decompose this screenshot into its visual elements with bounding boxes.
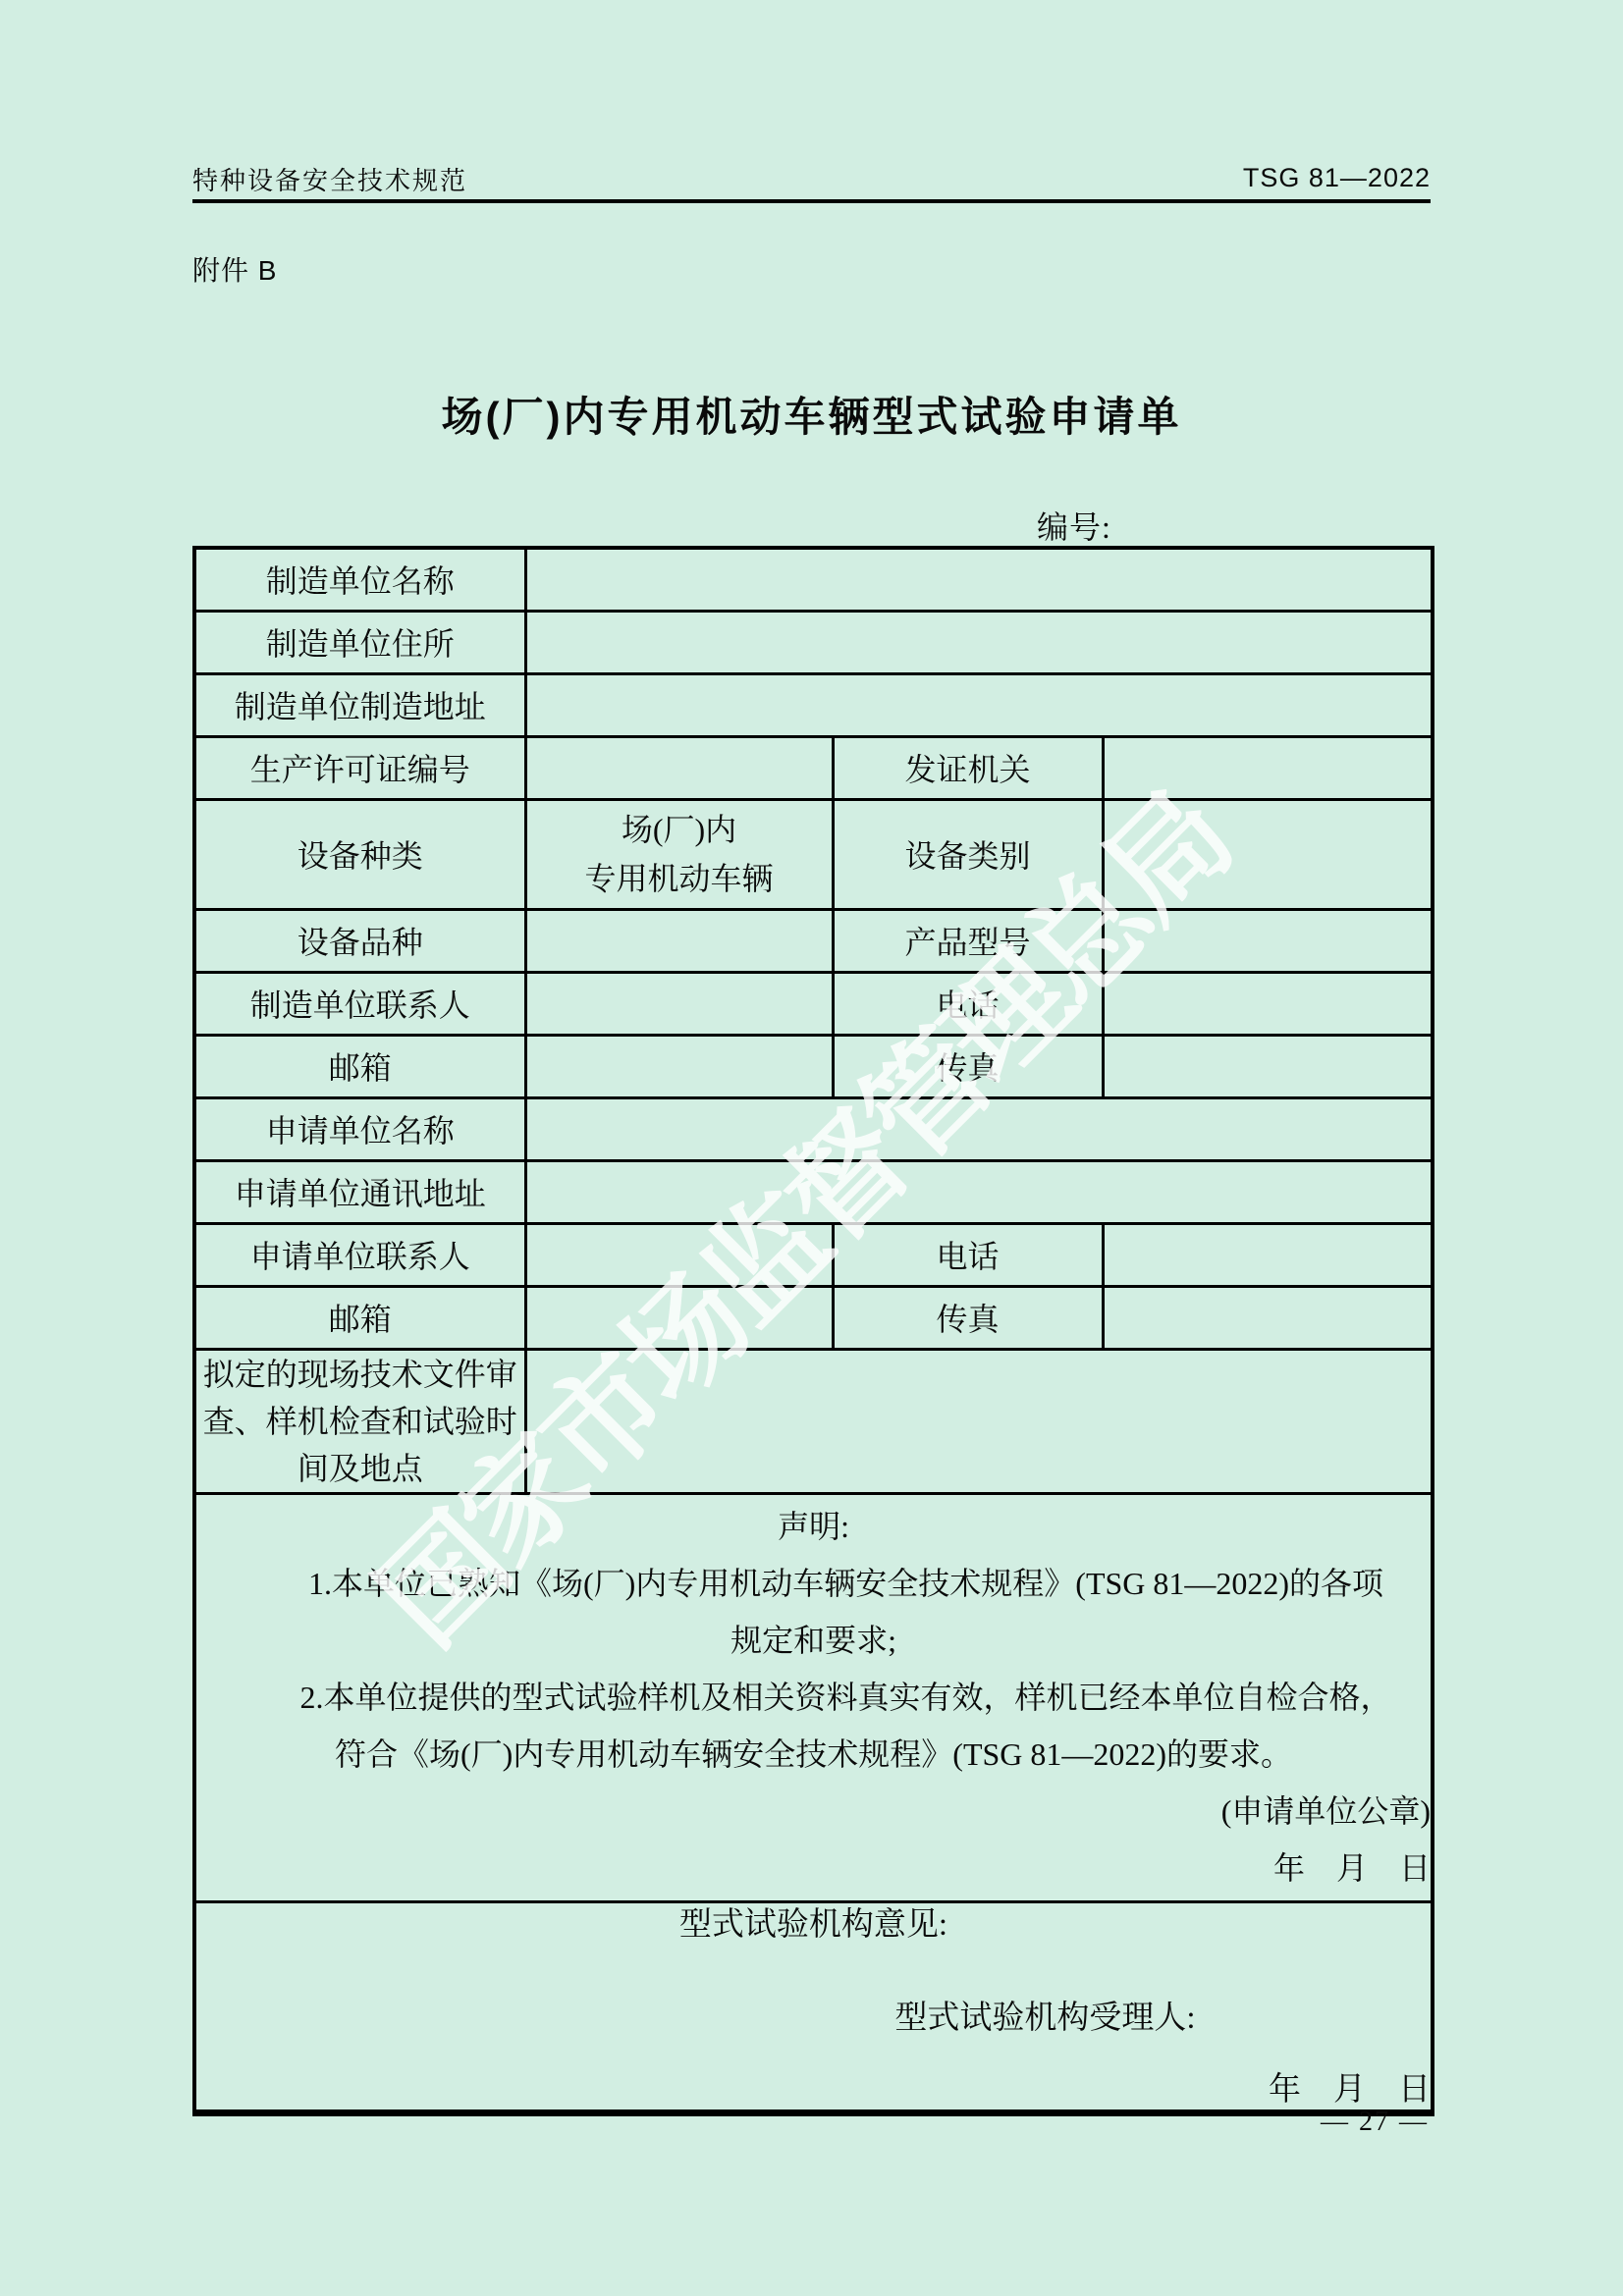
field-planned-schedule[interactable] [525, 1349, 1433, 1493]
field-applicant-contact[interactable] [525, 1223, 833, 1286]
declaration-item2-line1: 2.本单位提供的型式试验样机及相关资料真实有效，样机已经本单位自检合格， [196, 1669, 1431, 1726]
label-applicant-email: 邮箱 [194, 1286, 525, 1349]
label-manufacturer-email: 邮箱 [194, 1035, 525, 1097]
field-manufacturer-phone[interactable] [1103, 972, 1433, 1035]
declaration-item2-line2: 符合《场(厂)内专用机动车辆安全技术规程》(TSG 81—2022)的要求。 [196, 1726, 1431, 1783]
field-equipment-category[interactable] [1103, 799, 1433, 909]
header-spec-title: 特种设备安全技术规范 [192, 161, 467, 197]
label-product-model: 产品型号 [833, 909, 1103, 972]
attachment-label: 附件 B [192, 249, 277, 289]
agency-opinion-row: 型式试验机构意见: 型式试验机构受理人: 年 月 日 [194, 1901, 1433, 2112]
label-manufacturer-phone: 电话 [833, 972, 1103, 1035]
table-row: 制造单位联系人 电话 [194, 972, 1433, 1035]
label-equipment-category: 设备类别 [833, 799, 1103, 909]
label-applicant-phone: 电话 [833, 1223, 1103, 1286]
table-row: 制造单位名称 [194, 548, 1433, 611]
declaration-cell: 声明: 1.本单位已熟知《场(厂)内专用机动车辆安全技术规程》(TSG 81—2… [194, 1493, 1433, 1901]
field-manufacturer-domicile[interactable] [525, 611, 1433, 673]
field-issuing-authority[interactable] [1103, 736, 1433, 799]
declaration-item1-line2: 规定和要求; [196, 1612, 1431, 1669]
agency-acceptor-label: 型式试验机构受理人: [196, 1992, 1431, 2038]
table-row: 申请单位名称 [194, 1097, 1433, 1160]
label-planned-schedule: 拟定的现场技术文件审查、样机检查和试验时间及地点 [194, 1349, 525, 1493]
table-row: 生产许可证编号 发证机关 [194, 736, 1433, 799]
number-label: 编号: [1037, 503, 1111, 548]
value-equipment-kind: 场(厂)内 专用机动车辆 [525, 799, 833, 909]
label-applicant-address: 申请单位通讯地址 [194, 1160, 525, 1223]
field-product-model[interactable] [1103, 909, 1433, 972]
declaration-date-line: 年 月 日 [196, 1840, 1431, 1896]
table-row: 申请单位通讯地址 [194, 1160, 1433, 1223]
equipment-kind-line2: 专用机动车辆 [527, 854, 832, 903]
field-manufacturing-address[interactable] [525, 673, 1433, 736]
label-manufacturer-fax: 传真 [833, 1035, 1103, 1097]
agency-opinion-cell: 型式试验机构意见: 型式试验机构受理人: 年 月 日 [194, 1901, 1433, 2112]
label-equipment-kind: 设备种类 [194, 799, 525, 909]
field-applicant-address[interactable] [525, 1160, 1433, 1223]
label-manufacturer-domicile: 制造单位住所 [194, 611, 525, 673]
field-manufacturer-fax[interactable] [1103, 1035, 1433, 1097]
table-row: 制造单位制造地址 [194, 673, 1433, 736]
agency-date-line: 年 月 日 [196, 2063, 1431, 2109]
agency-opinion-label: 型式试验机构意见: [196, 1903, 1431, 1947]
table-row: 邮箱 传真 [194, 1286, 1433, 1349]
label-applicant-contact: 申请单位联系人 [194, 1223, 525, 1286]
header-rule [192, 199, 1431, 203]
label-equipment-variety: 设备品种 [194, 909, 525, 972]
applicant-seal-note: (申请单位公章) [196, 1783, 1431, 1840]
page-number: — 27 — [1321, 2107, 1429, 2138]
field-applicant-fax[interactable] [1103, 1286, 1433, 1349]
label-manufacturer-contact: 制造单位联系人 [194, 972, 525, 1035]
declaration-row: 声明: 1.本单位已熟知《场(厂)内专用机动车辆安全技术规程》(TSG 81—2… [194, 1493, 1433, 1901]
field-production-license-no[interactable] [525, 736, 833, 799]
field-manufacturer-contact[interactable] [525, 972, 833, 1035]
declaration-item1-line1: 1.本单位已熟知《场(厂)内专用机动车辆安全技术规程》(TSG 81—2022)… [196, 1555, 1431, 1612]
field-equipment-variety[interactable] [525, 909, 833, 972]
field-manufacturer-name[interactable] [525, 548, 1433, 611]
document-page: 特种设备安全技术规范 TSG 81—2022 附件 B 场(厂)内专用机动车辆型… [0, 0, 1623, 2296]
label-applicant-name: 申请单位名称 [194, 1097, 525, 1160]
field-manufacturer-email[interactable] [525, 1035, 833, 1097]
label-manufacturing-address: 制造单位制造地址 [194, 673, 525, 736]
table-row: 设备种类 场(厂)内 专用机动车辆 设备类别 [194, 799, 1433, 909]
table-row: 申请单位联系人 电话 [194, 1223, 1433, 1286]
table-row: 邮箱 传真 [194, 1035, 1433, 1097]
field-applicant-name[interactable] [525, 1097, 1433, 1160]
field-applicant-phone[interactable] [1103, 1223, 1433, 1286]
table-row: 制造单位住所 [194, 611, 1433, 673]
label-production-license-no: 生产许可证编号 [194, 736, 525, 799]
equipment-kind-line1: 场(厂)内 [527, 805, 832, 854]
table-row: 拟定的现场技术文件审查、样机检查和试验时间及地点 [194, 1349, 1433, 1493]
label-issuing-authority: 发证机关 [833, 736, 1103, 799]
header-doc-code: TSG 81—2022 [1243, 163, 1431, 193]
declaration-heading: 声明: [196, 1498, 1431, 1555]
table-row: 设备品种 产品型号 [194, 909, 1433, 972]
field-applicant-email[interactable] [525, 1286, 833, 1349]
page-title: 场(厂)内专用机动车辆型式试验申请单 [0, 385, 1623, 444]
label-applicant-fax: 传真 [833, 1286, 1103, 1349]
application-form-table: 制造单位名称 制造单位住所 制造单位制造地址 生产许可证编号 发证机关 设备种类… [192, 546, 1434, 2116]
label-manufacturer-name: 制造单位名称 [194, 548, 525, 611]
